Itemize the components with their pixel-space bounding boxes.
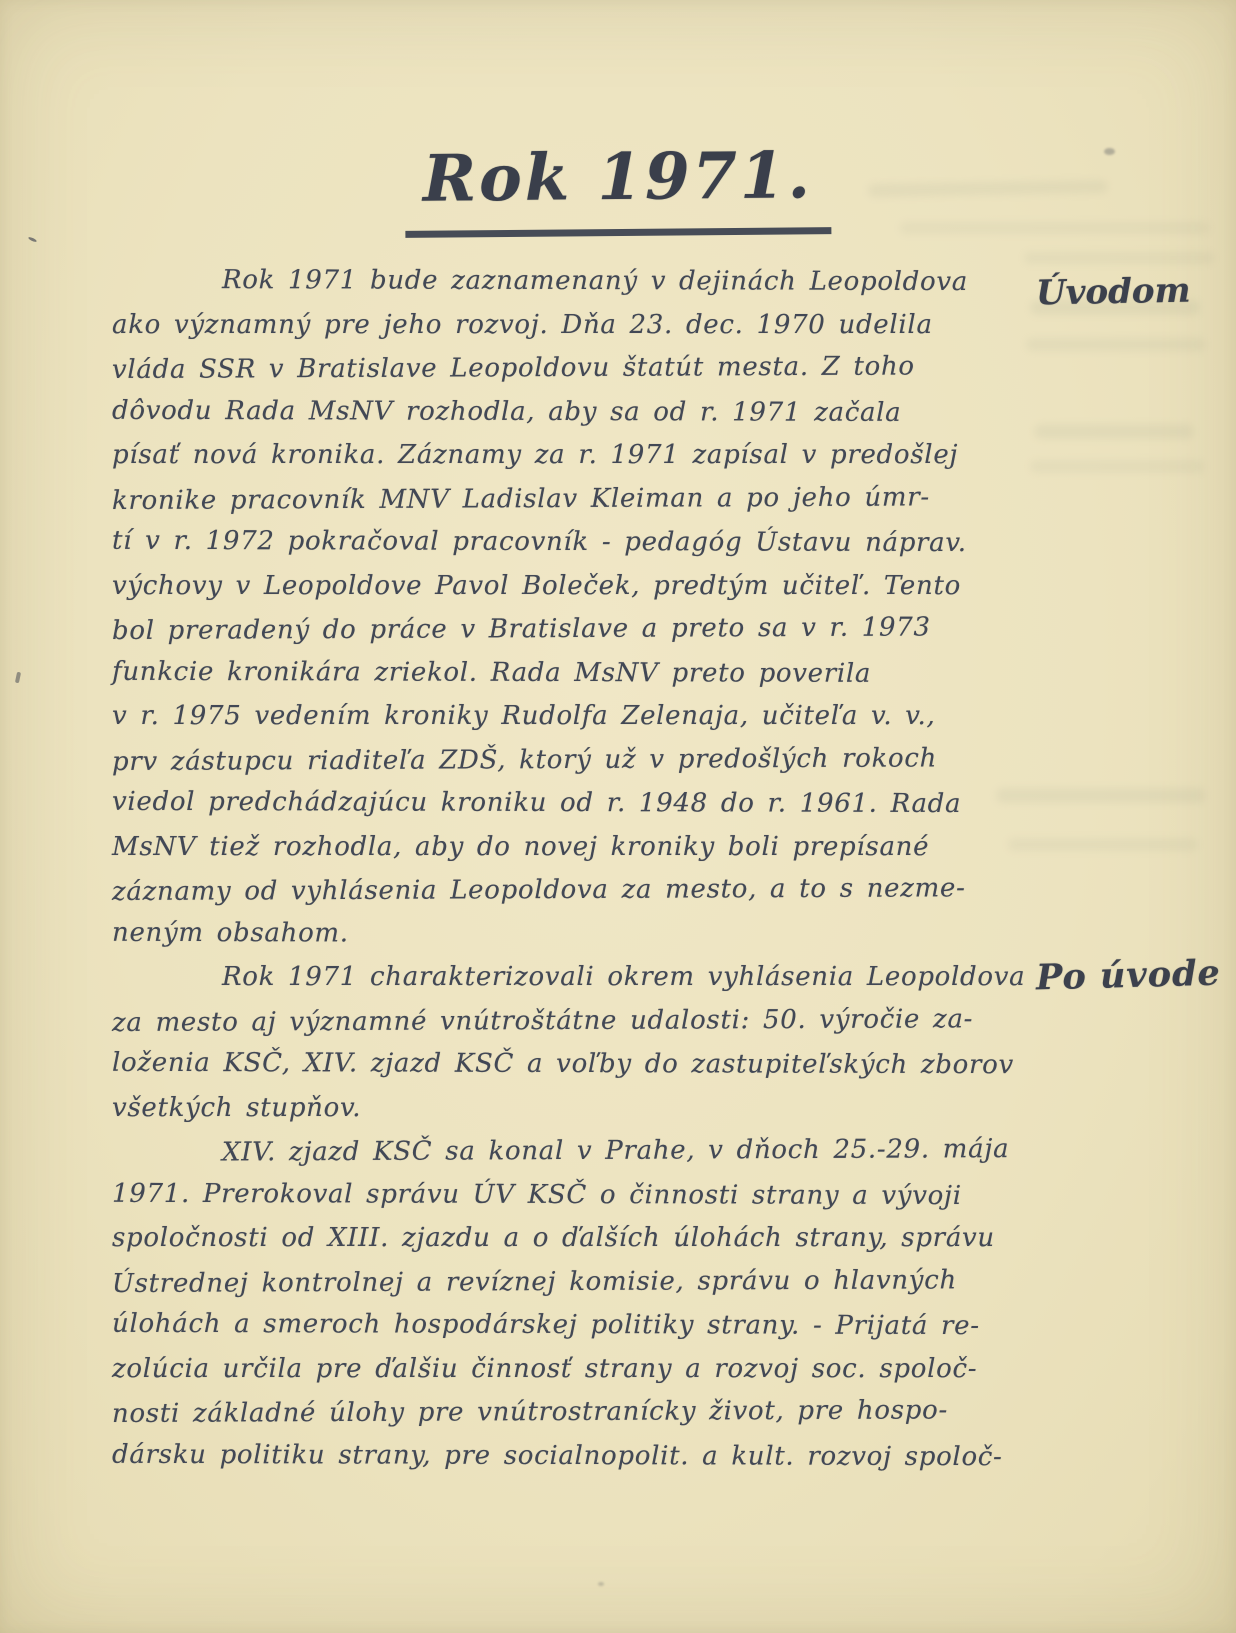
bleedthrough-smudge	[996, 788, 1206, 803]
handwritten-line: spoločnosti od XIII. zjazdu a o ďalších …	[112, 1223, 1022, 1267]
bleedthrough-smudge	[1030, 460, 1205, 473]
handwritten-line: záznamy od vyhlásenia Leopoldova za mest…	[112, 873, 1022, 920]
handwritten-line: XIV. zjazd KSČ sa konal v Prahe, v dňoch…	[112, 1134, 1022, 1181]
handwritten-line: bol preradený do práce v Bratislave a pr…	[112, 612, 1022, 659]
handwritten-line: prv zástupcu riaditeľa ZDŠ, ktorý už v p…	[112, 743, 1022, 790]
handwritten-line: funkcie kronikára zriekol. Rada MsNV pre…	[112, 656, 1022, 702]
bleedthrough-smudge	[1026, 338, 1206, 351]
handwritten-line: loženia KSČ, XIV. zjazd KSČ a voľby do z…	[112, 1048, 1022, 1094]
handwritten-line: úlohách a smeroch hospodárskej politiky …	[112, 1309, 1022, 1355]
bleedthrough-smudge	[1008, 838, 1198, 851]
handwritten-line: písať nová kronika. Záznamy za r. 1971 z…	[112, 440, 1022, 484]
handwritten-line: neným obsahom.	[112, 917, 1022, 963]
title-block: Rok 1971.	[0, 140, 1236, 236]
handwritten-line: viedol predchádzajúcu kroniku od r. 1948…	[112, 787, 1022, 833]
handwritten-line: dôvodu Rada MsNV rozhodla, aby sa od r. …	[112, 395, 1022, 441]
handwritten-line: 1971. Prerokoval správu ÚV KSČ o činnost…	[112, 1178, 1022, 1224]
handwritten-line: MsNV tiež rozhodla, aby do novej kroniky…	[112, 832, 1022, 876]
handwritten-line: Rok 1971 charakterizovali okrem vyhlásen…	[112, 962, 1022, 1006]
handwritten-line: všetkých stupňov.	[112, 1093, 1022, 1137]
margin-note-uvodom: Úvodom	[1036, 271, 1191, 314]
ink-speck	[598, 1582, 604, 1586]
handwritten-line: nosti základné úlohy pre vnútrostranícky…	[112, 1395, 1022, 1442]
margin-note-po-uvode: Po úvode	[1035, 953, 1221, 999]
bleedthrough-smudge	[1034, 424, 1194, 439]
ink-speck	[28, 236, 37, 243]
chronicle-page: Rok 1971. Úvodom Po úvode Rok 1971 bude …	[0, 0, 1236, 1633]
handwritten-line: kronike pracovník MNV Ladislav Kleiman a…	[112, 482, 1022, 529]
page-title: Rok 1971.	[405, 138, 832, 238]
bleedthrough-smudge	[1024, 252, 1214, 264]
handwritten-line: v r. 1975 vedením kroniky Rudolfa Zelena…	[112, 701, 1022, 745]
handwritten-line: za mesto aj významné vnútroštátne udalos…	[112, 1004, 1022, 1051]
ink-speck	[15, 672, 21, 684]
handwritten-line: dársku politiku strany, pre socialnopoli…	[112, 1439, 1022, 1485]
handwritten-line: výchovy v Leopoldove Pavol Boleček, pred…	[112, 571, 1022, 615]
handwritten-line: tí v r. 1972 pokračoval pracovník - peda…	[112, 526, 1022, 572]
handwritten-line: Ústrednej kontrolnej a revíznej komisie,…	[112, 1265, 1022, 1312]
handwritten-line: zolúcia určila pre ďalšiu činnosť strany…	[112, 1354, 1022, 1398]
body-text: Rok 1971 bude zaznamenaný v dejinách Leo…	[112, 266, 1022, 1484]
handwritten-line: vláda SSR v Bratislave Leopoldovu štatút…	[112, 351, 1022, 398]
handwritten-line: Rok 1971 bude zaznamenaný v dejinách Leo…	[112, 265, 1022, 311]
handwritten-line: ako významný pre jeho rozvoj. Dňa 23. de…	[112, 310, 1022, 354]
